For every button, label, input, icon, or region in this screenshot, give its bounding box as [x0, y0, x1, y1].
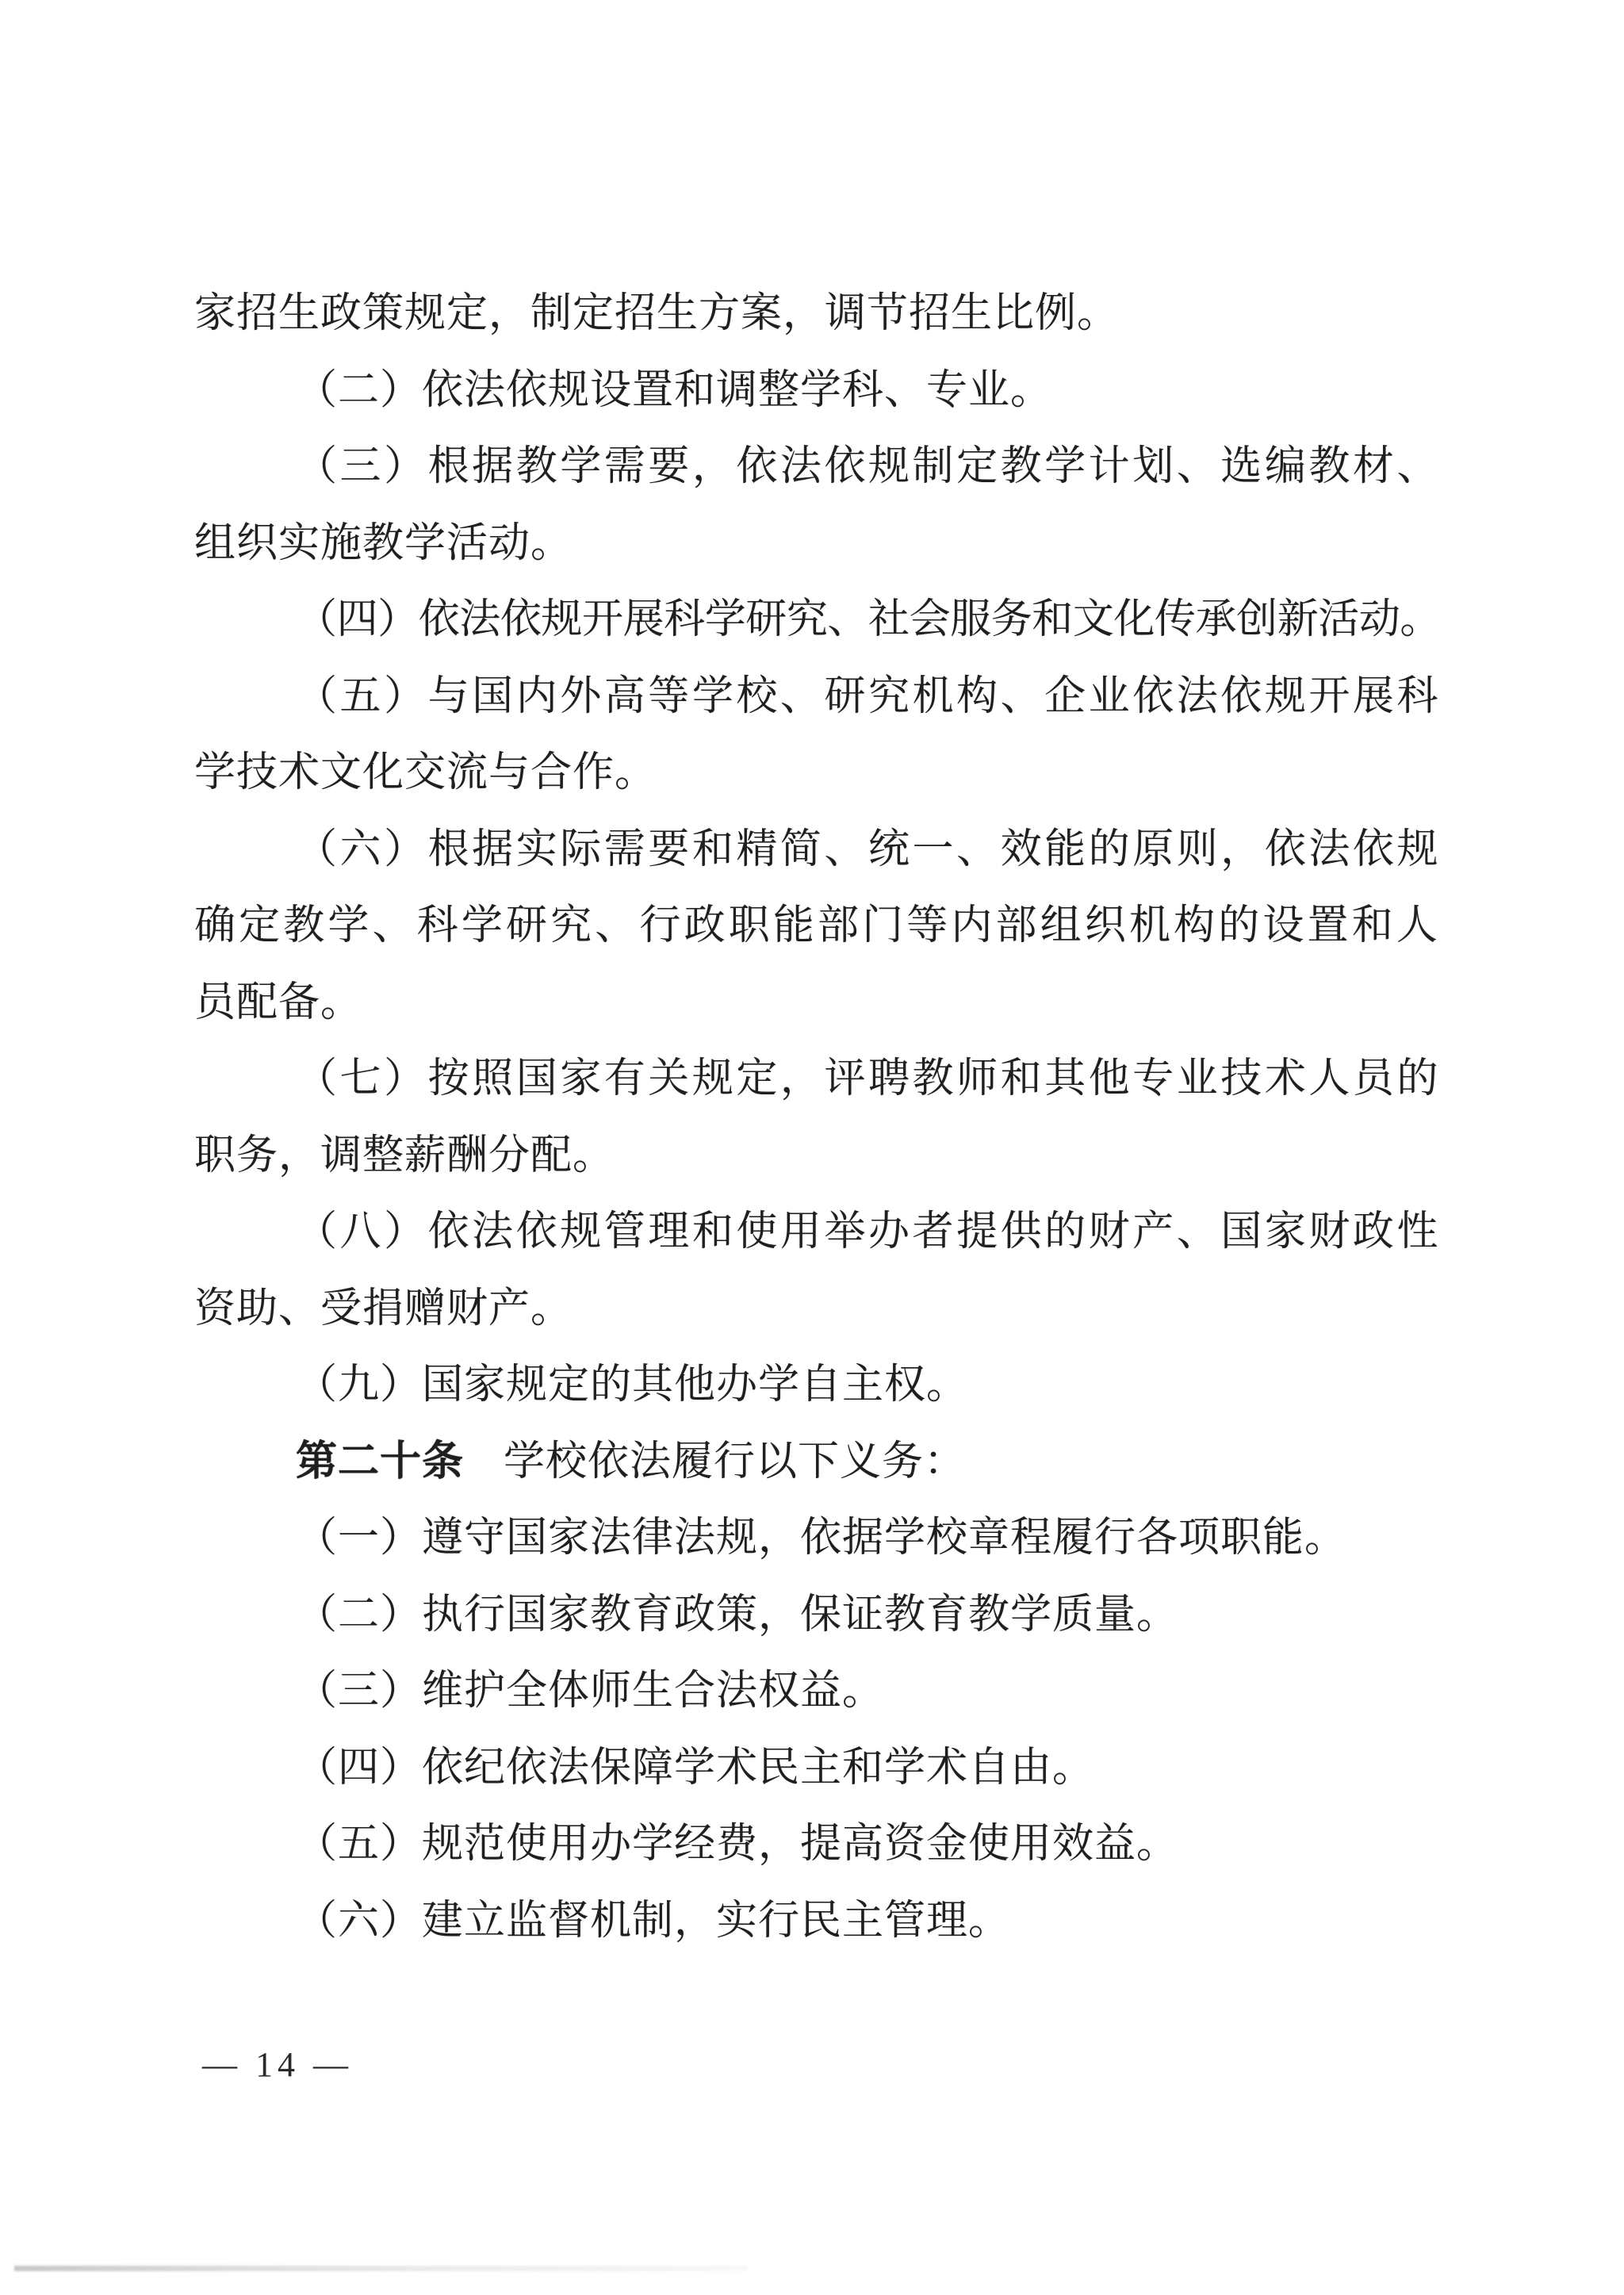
line-text: （二）依法依规设置和调整学科、专业。	[296, 368, 1052, 413]
text-line: （五）规范使用办学经费，提高资金使用效益。	[194, 1806, 1441, 1883]
text-line: （四）依纪依法保障学术民主和学术自由。	[194, 1730, 1441, 1807]
text-line: （七）按照国家有关规定，评聘教师和其他专业技术人员的	[194, 1041, 1441, 1118]
text-line: （一）遵守国家法律法规，依据学校章程履行各项职能。	[194, 1500, 1441, 1577]
line-text: （八）依法依规管理和使用举办者提供的财产、国家财政性	[296, 1209, 1441, 1255]
text-line: 确定教学、科学研究、行政职能部门等内部组织机构的设置和人	[194, 888, 1441, 965]
line-text: 确定教学、科学研究、行政职能部门等内部组织机构的设置和人	[194, 903, 1441, 948]
line-text: 员配备。	[194, 980, 362, 1025]
text-line: （三）根据教学需要，依法依规制定教学计划、选编教材、	[194, 429, 1441, 506]
article-number: 第二十条	[296, 1439, 464, 1485]
article-heading-line: 第二十条学校依法履行以下义务：	[194, 1424, 1441, 1501]
line-text: 学校依法履行以下义务：	[504, 1439, 966, 1485]
body-text: 家招生政策规定，制定招生方案，调节招生比例。（二）依法依规设置和调整学科、专业。…	[194, 276, 1441, 1960]
line-text: （四）依法依规开展科学研究、社会服务和文化传承创新活动。	[296, 597, 1441, 642]
line-text: 职务，调整薪酬分配。	[194, 1133, 615, 1178]
text-line: （四）依法依规开展科学研究、社会服务和文化传承创新活动。	[194, 582, 1441, 659]
line-text: （三）维护全体师生合法权益。	[296, 1669, 884, 1714]
text-line: （三）维护全体师生合法权益。	[194, 1653, 1441, 1730]
document-page: 家招生政策规定，制定招生方案，调节招生比例。（二）依法依规设置和调整学科、专业。…	[0, 0, 1624, 2295]
line-text: （二）执行国家教育政策，保证教育教学质量。	[296, 1592, 1178, 1638]
text-line: （五）与国内外高等学校、研究机构、企业依法依规开展科	[194, 659, 1441, 736]
text-line: （二）依法依规设置和调整学科、专业。	[194, 353, 1441, 430]
line-text: （六）建立监督机制，实行民主管理。	[296, 1898, 1010, 1944]
line-text: 资助、受捐赠财产。	[194, 1286, 573, 1331]
text-line: （二）执行国家教育政策，保证教育教学质量。	[194, 1577, 1441, 1654]
line-text: （一）遵守国家法律法规，依据学校章程履行各项职能。	[296, 1515, 1346, 1561]
text-line: 职务，调整薪酬分配。	[194, 1118, 1441, 1195]
scan-artifact	[14, 2266, 748, 2271]
line-text: （七）按照国家有关规定，评聘教师和其他专业技术人员的	[296, 1056, 1441, 1102]
text-line: 组织实施教学活动。	[194, 506, 1441, 583]
text-line: （六）根据实际需要和精简、统一、效能的原则，依法依规	[194, 812, 1441, 889]
line-text: （九）国家规定的其他办学自主权。	[296, 1362, 968, 1408]
text-line: 员配备。	[194, 965, 1441, 1042]
text-line: 家招生政策规定，制定招生方案，调节招生比例。	[194, 276, 1441, 353]
line-text: 学技术文化交流与合作。	[194, 750, 657, 795]
line-text: （四）依纪依法保障学术民主和学术自由。	[296, 1745, 1094, 1791]
text-line: （六）建立监督机制，实行民主管理。	[194, 1883, 1441, 1960]
line-text: 家招生政策规定，制定招生方案，调节招生比例。	[194, 291, 1119, 336]
text-line: （九）国家规定的其他办学自主权。	[194, 1347, 1441, 1424]
line-text: （三）根据教学需要，依法依规制定教学计划、选编教材、	[296, 444, 1441, 489]
page-number: — 14 —	[202, 2044, 353, 2085]
text-line: 学技术文化交流与合作。	[194, 735, 1441, 812]
line-text: 组织实施教学活动。	[194, 521, 573, 566]
line-text: （五）与国内外高等学校、研究机构、企业依法依规开展科	[296, 674, 1441, 719]
text-line: （八）依法依规管理和使用举办者提供的财产、国家财政性	[194, 1194, 1441, 1271]
line-text: （六）根据实际需要和精简、统一、效能的原则，依法依规	[296, 827, 1441, 872]
text-line: 资助、受捐赠财产。	[194, 1271, 1441, 1348]
line-text: （五）规范使用办学经费，提高资金使用效益。	[296, 1822, 1178, 1867]
